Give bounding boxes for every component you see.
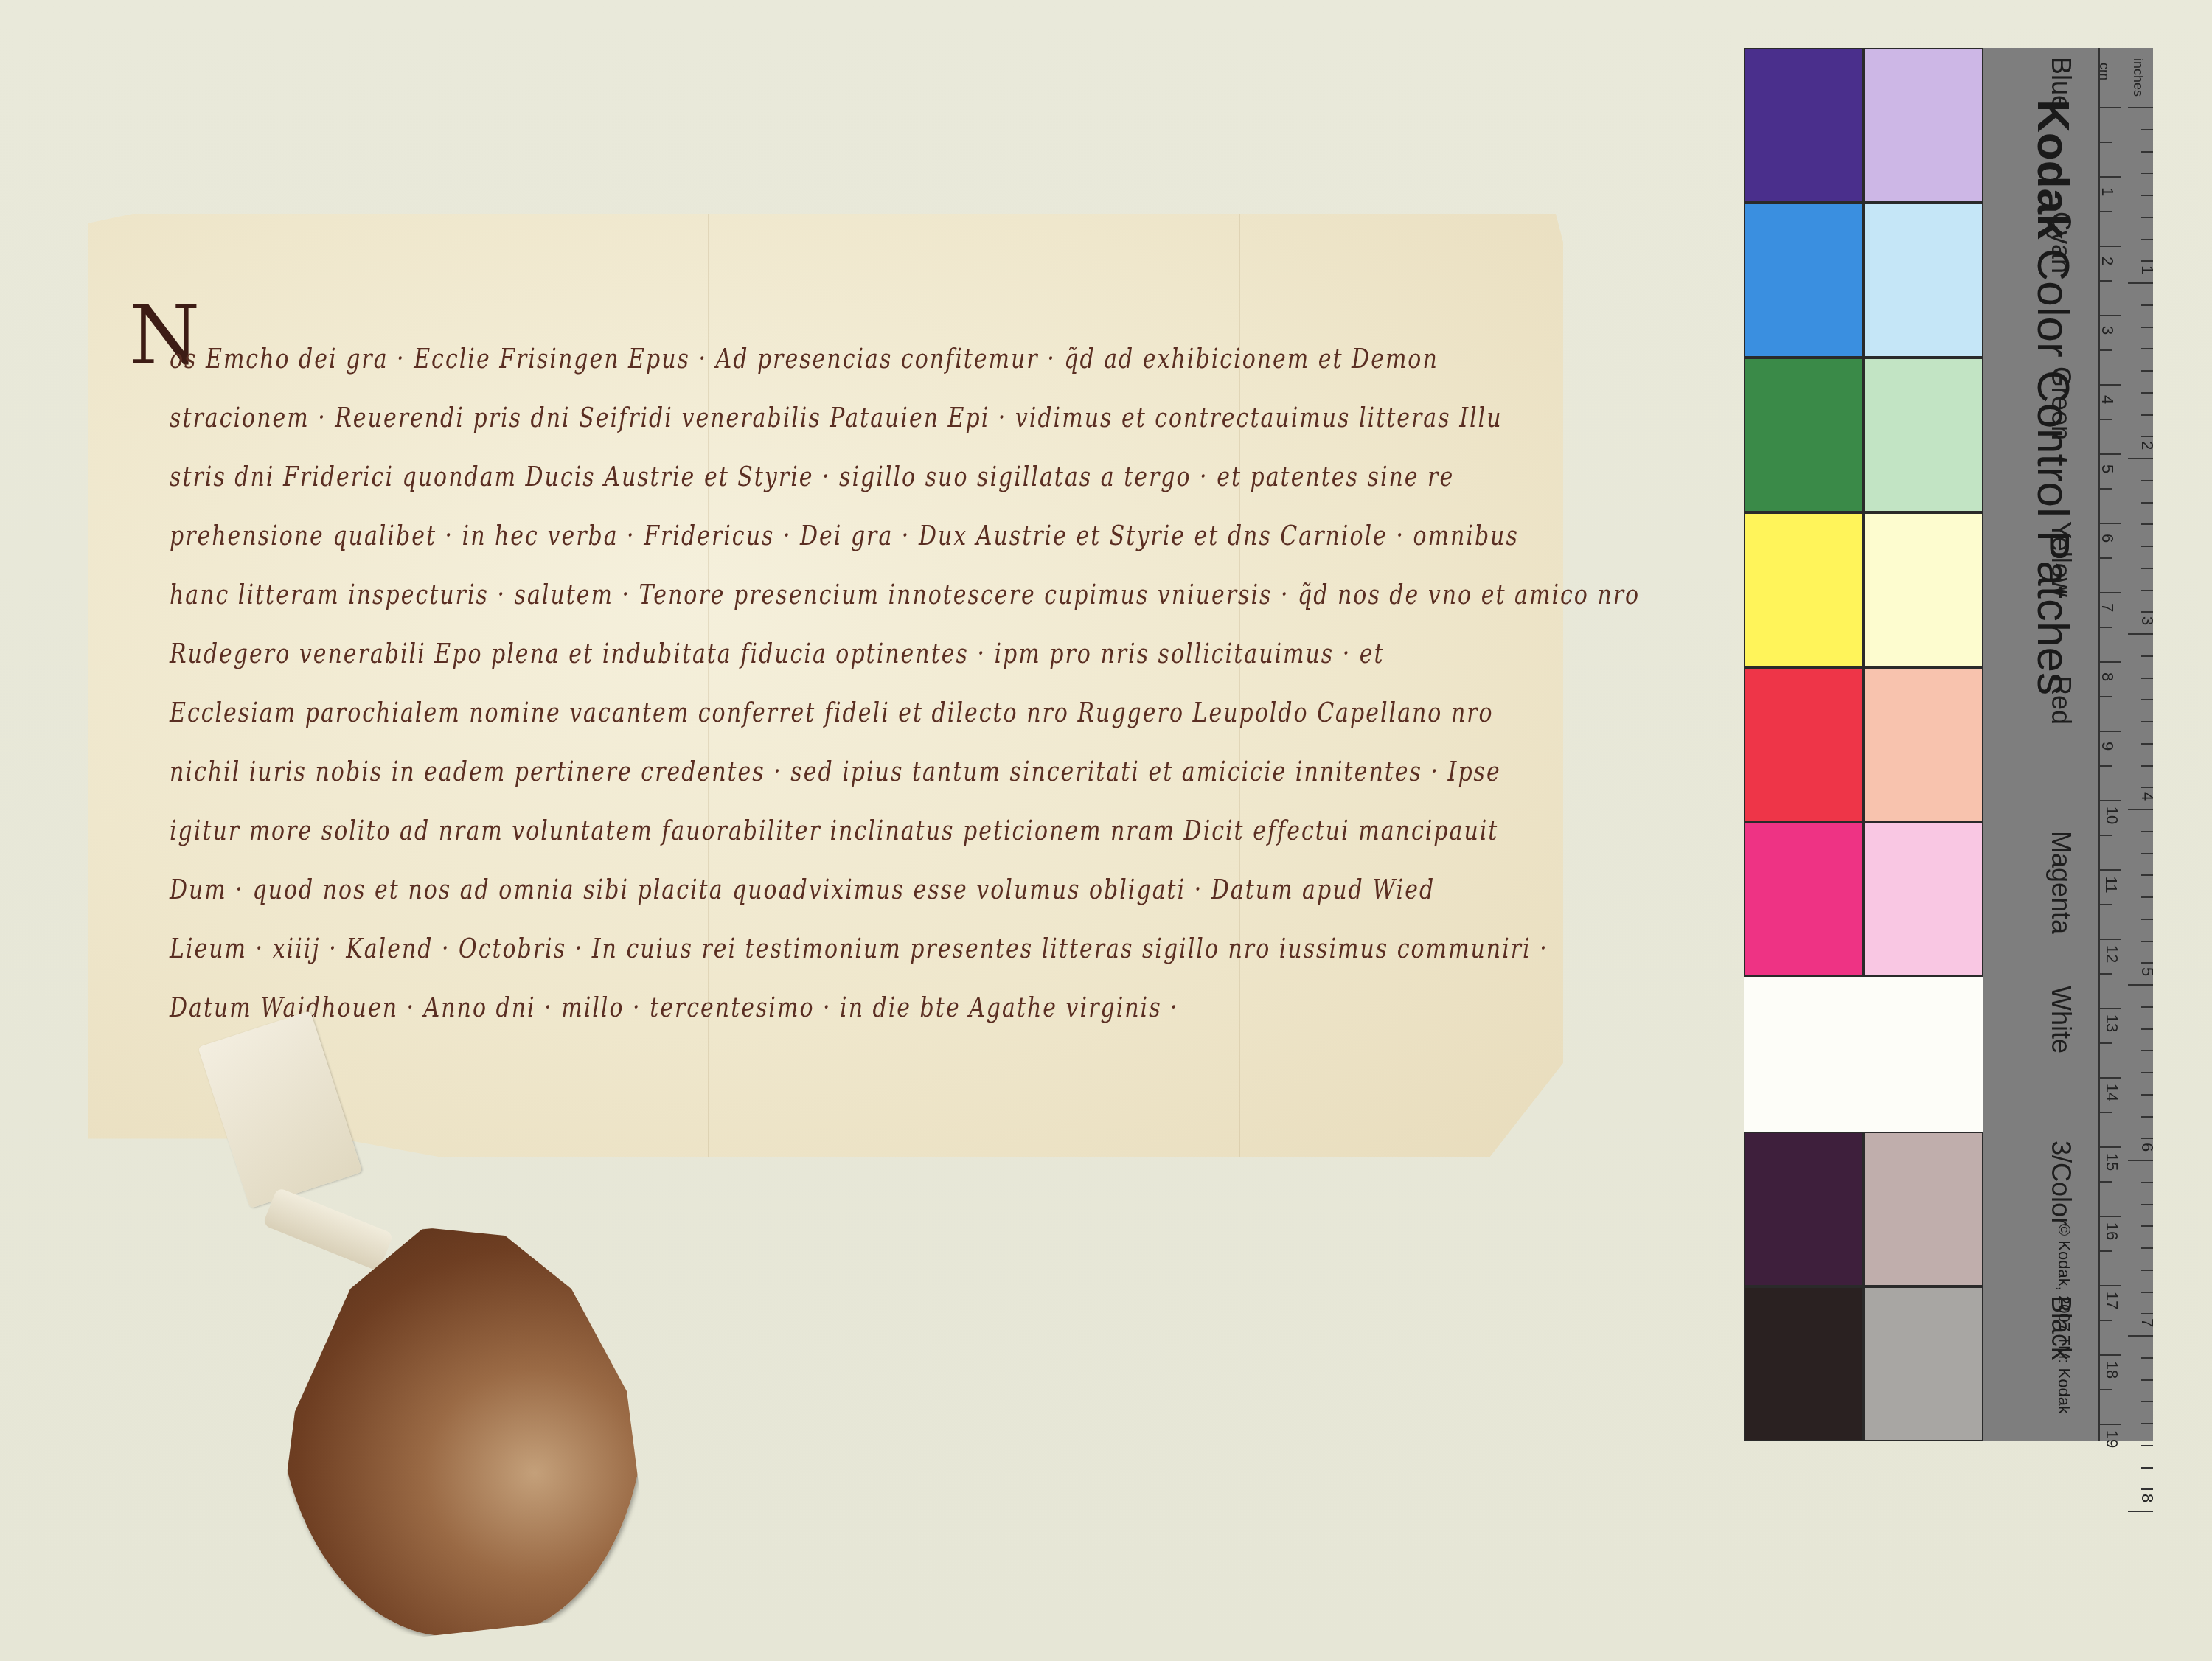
ruler-tick bbox=[2141, 787, 2153, 788]
ruler-tick bbox=[2128, 633, 2153, 635]
inch-number: 8 bbox=[2138, 1494, 2157, 1502]
ruler-tick bbox=[2098, 107, 2121, 108]
ruler-tick bbox=[2128, 809, 2153, 810]
ruler-tick bbox=[2098, 523, 2121, 524]
text-line: Datum Waidhouen · Anno dni · millo · ter… bbox=[170, 992, 1179, 1025]
ruler-tick bbox=[2098, 419, 2112, 420]
ruler-tick bbox=[2141, 1138, 2153, 1139]
ruler-tick bbox=[2141, 1204, 2153, 1205]
ruler-tick bbox=[2141, 1028, 2153, 1030]
text-line: nichil iuris nobis in eadem pertinere cr… bbox=[170, 756, 1501, 789]
ruler-panel: BlueCyanGreenYellowRedMagentaWhite3/Colo… bbox=[1983, 48, 2153, 1441]
ruler-tick bbox=[2128, 1511, 2153, 1512]
inch-number: 5 bbox=[2138, 967, 2157, 976]
patch-yellow-dark bbox=[1744, 512, 1863, 667]
patch-green-dark bbox=[1744, 358, 1863, 512]
cm-number: 8 bbox=[2098, 672, 2117, 681]
ruler-tick bbox=[2098, 1424, 2121, 1425]
ruler-tick bbox=[2141, 1247, 2153, 1249]
ruler-tick bbox=[2141, 348, 2153, 349]
ruler-tick bbox=[2098, 1008, 2121, 1009]
ruler-tick bbox=[2141, 765, 2153, 767]
ruler-tick bbox=[2141, 195, 2153, 196]
ruler-tick bbox=[2141, 568, 2153, 569]
ruler-tick bbox=[2141, 173, 2153, 174]
cm-number: 18 bbox=[2102, 1361, 2121, 1379]
ruler-tick bbox=[2141, 217, 2153, 218]
patch-label: Magenta bbox=[2045, 831, 2076, 986]
ruler: cm inches 123456789101112131415161718191… bbox=[2098, 48, 2153, 1441]
ruler-tick bbox=[2098, 592, 2121, 593]
ruler-tick bbox=[2141, 392, 2153, 394]
ruler-tick bbox=[2098, 696, 2112, 697]
ruler-tick bbox=[2141, 611, 2153, 613]
ruler-tick bbox=[2141, 699, 2153, 700]
ruler-tick bbox=[2098, 627, 2112, 628]
text-line: stracionem · Reuerendi pris dni Seifridi… bbox=[170, 403, 1503, 435]
cm-number: 9 bbox=[2098, 742, 2117, 751]
ruler-tick bbox=[2098, 453, 2121, 455]
text-line: hanc litteram inspecturis · salutem · Te… bbox=[170, 579, 1640, 612]
ruler-tick bbox=[2141, 853, 2153, 854]
color-patches bbox=[1744, 48, 1983, 1441]
cm-number: 1 bbox=[2098, 187, 2117, 196]
cm-unit-label: cm bbox=[2096, 63, 2112, 80]
ruler-tick bbox=[2141, 1050, 2153, 1051]
patch-cyan-light bbox=[1863, 203, 1983, 358]
text-line: os Emcho dei gra · Ecclie Frisingen Epus… bbox=[170, 344, 1439, 376]
cm-number: 14 bbox=[2102, 1084, 2121, 1101]
text-line: Rudegero venerabili Epo plena et indubit… bbox=[170, 638, 1385, 671]
brand-logo: Kodak bbox=[2028, 100, 2079, 239]
ruler-tick bbox=[2141, 260, 2153, 262]
ruler-tick bbox=[2141, 590, 2153, 591]
text-line: prehensione qualibet · in hec verba · Fr… bbox=[170, 520, 1519, 553]
chart-title: KodakColor Control Patches bbox=[2027, 100, 2079, 695]
ruler-tick bbox=[2141, 1488, 2153, 1490]
ruler-tick bbox=[2098, 315, 2121, 316]
ruler-tick bbox=[2128, 1160, 2153, 1161]
patch-black-light bbox=[1863, 1286, 1983, 1441]
inch-number: 6 bbox=[2138, 1143, 2157, 1152]
ruler-tick bbox=[2141, 436, 2153, 437]
ruler-tick bbox=[2098, 142, 2112, 143]
ruler-tick bbox=[2141, 327, 2153, 328]
copyright: © Kodak, 2007 TM: Kodak bbox=[2054, 1224, 2073, 1414]
cm-number: 3 bbox=[2098, 326, 2117, 335]
patch-yellow-light bbox=[1863, 512, 1983, 667]
inch-number: 7 bbox=[2138, 1318, 2157, 1327]
ruler-tick bbox=[2098, 1285, 2121, 1286]
ruler-tick bbox=[2098, 176, 2121, 178]
ruler-tick bbox=[2128, 984, 2153, 986]
ruler-tick bbox=[2141, 1225, 2153, 1227]
ruler-tick bbox=[2141, 502, 2153, 504]
ruler-tick bbox=[2098, 1354, 2121, 1356]
ruler-tick bbox=[2141, 523, 2153, 525]
cm-number: 15 bbox=[2102, 1153, 2121, 1171]
ruler-tick bbox=[2098, 765, 2112, 767]
ruler-tick bbox=[2098, 1250, 2112, 1252]
text-line: Dum · quod nos et nos ad omnia sibi plac… bbox=[170, 874, 1435, 907]
inch-number: 4 bbox=[2138, 792, 2157, 801]
ruler-tick bbox=[2098, 246, 2121, 247]
inch-number: 3 bbox=[2138, 616, 2157, 625]
inch-unit-label: inches bbox=[2130, 58, 2146, 97]
ruler-tick bbox=[2098, 349, 2112, 351]
cm-number: 5 bbox=[2098, 464, 2117, 473]
text-line: stris dni Friderici quondam Ducis Austri… bbox=[170, 462, 1454, 494]
ruler-tick bbox=[2098, 835, 2112, 836]
ruler-tick bbox=[2098, 1112, 2112, 1113]
ruler-tick bbox=[2141, 1094, 2153, 1096]
ruler-tick bbox=[2141, 1270, 2153, 1271]
ruler-tick bbox=[2128, 458, 2153, 459]
text-line: Lieum · xiiij · Kalend · Octobris · In c… bbox=[170, 933, 1548, 966]
ruler-tick bbox=[2098, 1077, 2121, 1079]
cm-number: 6 bbox=[2098, 534, 2117, 543]
ruler-tick bbox=[2098, 904, 2112, 905]
ruler-tick bbox=[2141, 1313, 2153, 1314]
ruler-tick bbox=[2141, 1357, 2153, 1359]
ruler-tick bbox=[2098, 1181, 2112, 1183]
inch-number: 1 bbox=[2138, 265, 2157, 274]
ruler-tick bbox=[2141, 1182, 2153, 1183]
ruler-tick bbox=[2098, 1389, 2112, 1390]
patch-red-light bbox=[1863, 667, 1983, 822]
ruler-tick bbox=[2141, 743, 2153, 745]
ruler-tick bbox=[2128, 282, 2153, 284]
patch-red-dark bbox=[1744, 667, 1863, 822]
ruler-tick bbox=[2141, 1292, 2153, 1293]
ruler-tick bbox=[2098, 869, 2121, 871]
cm-number: 19 bbox=[2102, 1430, 2121, 1448]
patch-label: Red bbox=[2045, 676, 2076, 831]
text-line: Ecclesiam parochialem nomine vacantem co… bbox=[170, 697, 1494, 730]
ruler-tick bbox=[2141, 546, 2153, 547]
patch-white bbox=[1744, 977, 1983, 1132]
ruler-tick bbox=[2141, 678, 2153, 679]
ruler-tick bbox=[2098, 1042, 2112, 1044]
ruler-tick bbox=[2128, 107, 2153, 108]
cm-number: 11 bbox=[2101, 877, 2121, 894]
ruler-tick bbox=[2141, 304, 2153, 306]
ruler-tick bbox=[2141, 831, 2153, 832]
ruler-tick bbox=[2098, 1146, 2121, 1148]
ruler-tick bbox=[2098, 800, 2121, 801]
ruler-tick bbox=[2141, 414, 2153, 416]
ruler-tick bbox=[2141, 941, 2153, 942]
cm-number: 7 bbox=[2098, 603, 2117, 612]
ruler-tick bbox=[2141, 896, 2153, 898]
ruler-tick bbox=[2141, 874, 2153, 876]
ruler-tick bbox=[2141, 962, 2153, 964]
ruler-tick bbox=[2141, 239, 2153, 240]
ruler-tick bbox=[2141, 1072, 2153, 1073]
ruler-tick bbox=[2141, 370, 2153, 372]
inch-number: 2 bbox=[2138, 441, 2157, 450]
ruler-tick bbox=[2098, 1216, 2121, 1217]
cm-number: 12 bbox=[2102, 945, 2121, 963]
patch-green-light bbox=[1863, 358, 1983, 512]
patch-blue-light bbox=[1863, 48, 1983, 203]
cm-number: 2 bbox=[2098, 257, 2117, 265]
ruler-tick bbox=[2141, 655, 2153, 657]
patch-black-dark bbox=[1744, 1286, 1863, 1441]
chart-title-text: Color Control Patches bbox=[2028, 248, 2079, 695]
ruler-tick bbox=[2141, 1006, 2153, 1008]
cm-number: 4 bbox=[2098, 395, 2117, 404]
cm-number: 16 bbox=[2102, 1222, 2121, 1240]
ruler-tick bbox=[2141, 1423, 2153, 1424]
cm-number: 10 bbox=[2102, 807, 2121, 824]
ruler-tick bbox=[2098, 939, 2121, 940]
cm-number: 17 bbox=[2102, 1292, 2121, 1309]
patch-3-color-dark bbox=[1744, 1132, 1863, 1286]
ruler-tick bbox=[2098, 280, 2112, 282]
ruler-tick bbox=[2141, 1445, 2153, 1446]
ruler-tick bbox=[2098, 488, 2112, 490]
ruler-tick bbox=[2141, 480, 2153, 481]
ruler-tick bbox=[2098, 661, 2121, 663]
ruler-tick bbox=[2141, 721, 2153, 722]
ruler-tick bbox=[2098, 973, 2112, 975]
ruler-tick bbox=[2098, 211, 2112, 212]
patch-magenta-dark bbox=[1744, 822, 1863, 977]
ruler-tick bbox=[2098, 1320, 2112, 1321]
ruler-tick bbox=[2141, 129, 2153, 130]
patch-cyan-dark bbox=[1744, 203, 1863, 358]
kodak-color-strip: BlueCyanGreenYellowRedMagentaWhite3/Colo… bbox=[1744, 48, 2153, 1441]
ruler-tick bbox=[2098, 731, 2121, 732]
cm-number: 13 bbox=[2102, 1014, 2121, 1032]
ruler-tick bbox=[2141, 1379, 2153, 1381]
ruler-tick bbox=[2141, 1401, 2153, 1402]
ruler-tick bbox=[2141, 919, 2153, 920]
ruler-tick bbox=[2098, 557, 2112, 559]
text-line: igitur more solito ad nram voluntatem fa… bbox=[170, 815, 1498, 848]
patch-blue-dark bbox=[1744, 48, 1863, 203]
patch-magenta-light bbox=[1863, 822, 1983, 977]
ruler-tick bbox=[2141, 1116, 2153, 1118]
patch-label: White bbox=[2045, 986, 2076, 1141]
ruler-tick bbox=[2098, 384, 2121, 386]
patch-3-color-light bbox=[1863, 1132, 1983, 1286]
ruler-tick bbox=[2128, 1335, 2153, 1337]
ruler-tick bbox=[2141, 151, 2153, 153]
ruler-tick bbox=[2141, 1467, 2153, 1469]
